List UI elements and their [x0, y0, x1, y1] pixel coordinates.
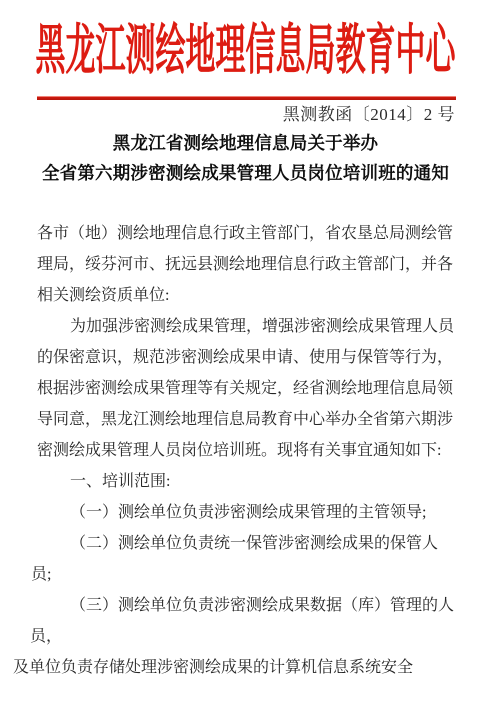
body-line: （三）测绘单位负责涉密测绘成果数据（库）管理的人 — [37, 590, 456, 621]
letterhead: 黑龙江测绘地理信息局教育中心 — [0, 22, 491, 82]
document-title-line1: 黑龙江省测绘地理信息局关于举办 — [0, 130, 491, 155]
body-line: （一）测绘单位负责涉密测绘成果管理的主管领导; — [37, 497, 456, 528]
body-line: （二）测绘单位负责统一保管涉密测绘成果的保管人 — [37, 528, 456, 559]
body-line: 导同意，黑龙江测绘地理信息局教育中心举办全省第六期涉 — [37, 404, 456, 435]
body-line: 一、培训范围: — [37, 466, 456, 497]
body-line: 员， — [30, 621, 456, 652]
document-body: 各市（地）测绘地理信息行政主管部门，省农垦总局测绘管理局，绥芬河市、抚远县测绘地… — [37, 218, 456, 683]
document-page: 黑龙江测绘地理信息局教育中心 黑测教函〔2014〕2 号 黑龙江省测绘地理信息局… — [0, 0, 491, 716]
letterhead-divider-rule — [37, 96, 456, 100]
body-line: 密测绘成果管理人员岗位培训班。现将有关事宜通知如下: — [37, 435, 456, 466]
body-line: 的保密意识，规范涉密测绘成果申请、使用与保管等行为， — [37, 342, 456, 373]
body-line: 各市（地）测绘地理信息行政主管部门，省农垦总局测绘管 — [37, 218, 456, 249]
letterhead-org-name: 黑龙江测绘地理信息局教育中心 — [36, 0, 456, 107]
body-line: 为加强涉密测绘成果管理，增强涉密测绘成果管理人员 — [37, 311, 456, 342]
body-line: 相关测绘资质单位: — [37, 280, 456, 311]
body-line: 理局，绥芬河市、抚远县测绘地理信息行政主管部门，并各 — [37, 249, 456, 280]
body-line: 员; — [31, 559, 456, 590]
document-title-line2: 全省第六期涉密测绘成果管理人员岗位培训班的通知 — [0, 160, 491, 185]
body-line: 根据涉密测绘成果管理等有关规定，经省测绘地理信息局领 — [37, 373, 456, 404]
document-number: 黑测教函〔2014〕2 号 — [283, 104, 455, 125]
body-line: 及单位负责存储处理涉密测绘成果的计算机信息系统安全 — [13, 652, 456, 683]
